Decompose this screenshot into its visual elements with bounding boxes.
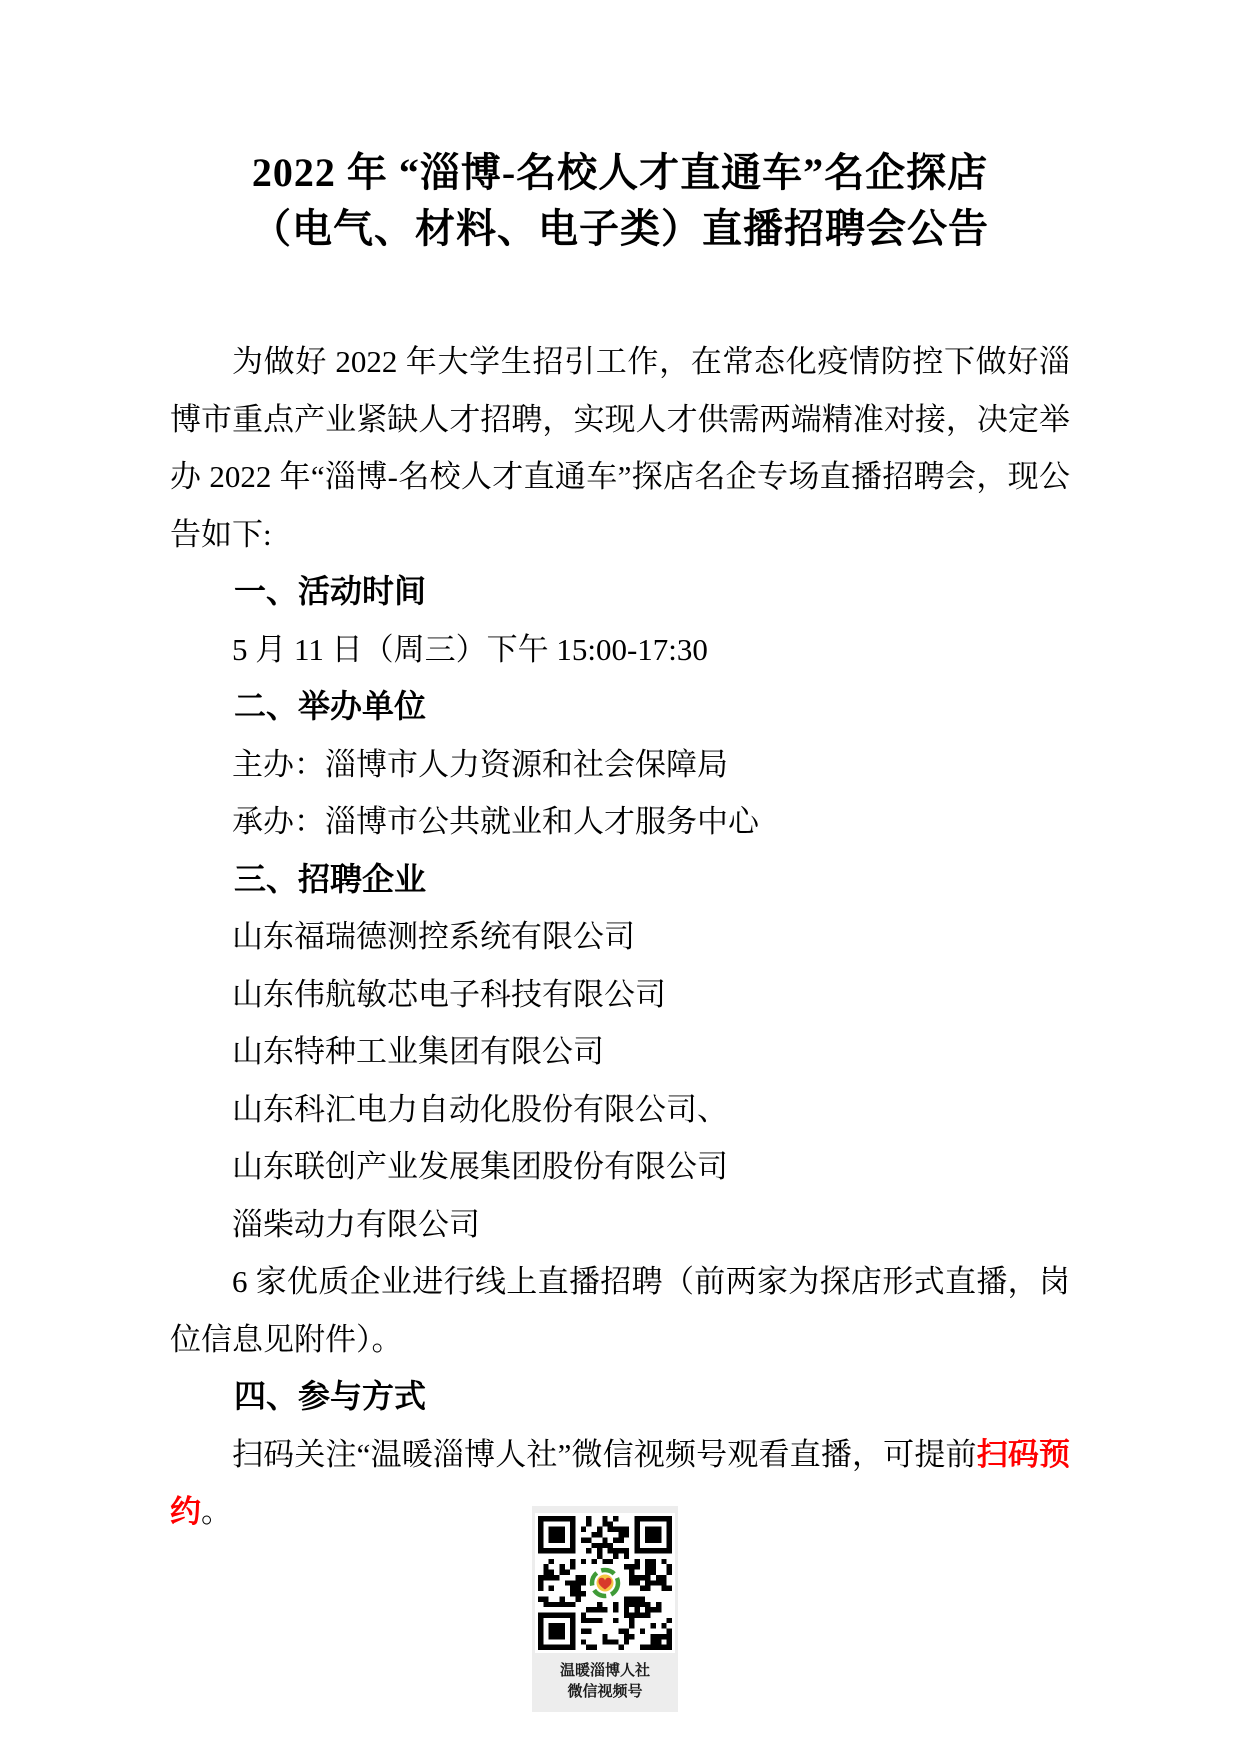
title-line-1: 2022 年 “淄博-名校人才直通车”名企探店 xyxy=(170,145,1070,201)
company-item-4: 山东科汇电力自动化股份有限公司、 xyxy=(170,1081,1070,1139)
section-3-heading: 三、招聘企业 xyxy=(170,851,1070,909)
qr-code xyxy=(535,1513,675,1653)
host-line: 主办：淄博市人力资源和社会保障局 xyxy=(170,736,1070,794)
companies-note: 6 家优质企业进行线上直播招聘（前两家为探店形式直播，岗位信息见附件）。 xyxy=(170,1253,1070,1368)
company-item-3: 山东特种工业集团有限公司 xyxy=(170,1023,1070,1081)
qr-caption-line-1: 温暖淄博人社 xyxy=(532,1660,678,1681)
company-item-1: 山东福瑞德测控系统有限公司 xyxy=(170,908,1070,966)
cta-period: 。 xyxy=(201,1494,232,1529)
qr-code-block: 温暖淄博人社 微信视频号 xyxy=(532,1506,678,1712)
company-item-5: 山东联创产业发展集团股份有限公司 xyxy=(170,1138,1070,1196)
event-time-line: 5 月 11 日（周三）下午 15:00-17:30 xyxy=(170,621,1070,679)
qr-caption: 温暖淄博人社 微信视频号 xyxy=(532,1653,678,1712)
company-item-6: 淄柴动力有限公司 xyxy=(170,1196,1070,1254)
company-item-2: 山东伟航敏芯电子科技有限公司 xyxy=(170,966,1070,1024)
title-line-2: （电气、材料、电子类）直播招聘会公告 xyxy=(170,201,1070,257)
section-2-heading: 二、举办单位 xyxy=(170,678,1070,736)
section-1-heading: 一、活动时间 xyxy=(170,563,1070,621)
qr-center-logo-icon xyxy=(585,1563,625,1603)
qr-caption-line-2: 微信视频号 xyxy=(532,1681,678,1702)
participation-instruction: 扫码关注“温暖淄博人社”微信视频号观看直播，可提前 xyxy=(232,1437,977,1472)
section-4-heading: 四、参与方式 xyxy=(170,1368,1070,1426)
document-title: 2022 年 “淄博-名校人才直通车”名企探店 （电气、材料、电子类）直播招聘会… xyxy=(170,145,1070,257)
organizer-line: 承办：淄博市公共就业和人才服务中心 xyxy=(170,793,1070,851)
intro-paragraph: 为做好 2022 年大学生招引工作，在常态化疫情防控下做好淄博市重点产业紧缺人才… xyxy=(170,333,1070,563)
participation-row: 扫码关注“温暖淄博人社”微信视频号观看直播，可提前扫码预约。 温暖淄博人社 微信… xyxy=(170,1426,1070,1709)
announcement-page: 2022 年 “淄博-名校人才直通车”名企探店 （电气、材料、电子类）直播招聘会… xyxy=(0,0,1240,1754)
